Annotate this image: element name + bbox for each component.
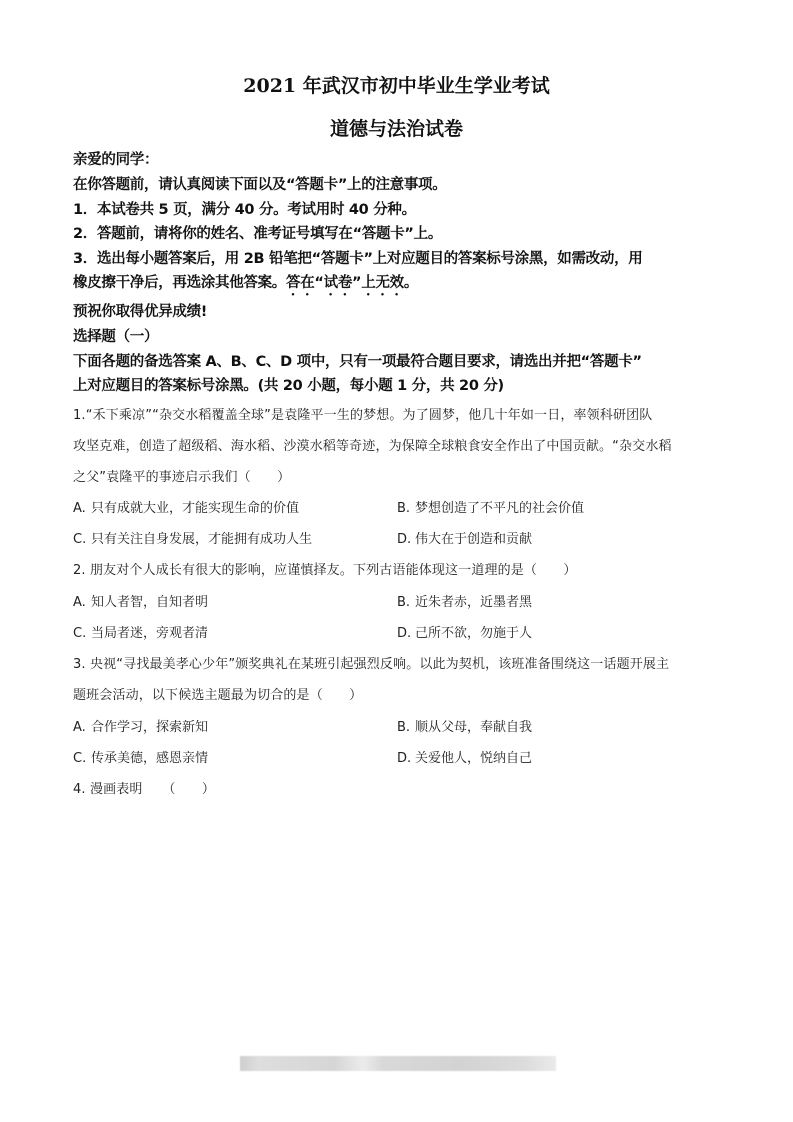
section-description-line-2: 上对应题目的答案标号涂黑。(共 20 小题，每小题 1 分，共 20 分) bbox=[73, 374, 504, 395]
option-letter: B. bbox=[397, 720, 415, 735]
instruction-item-3-line-2: 橡皮擦干净后，再选涂其他答案。答在“试卷”上无效。 bbox=[73, 271, 418, 299]
instructions-intro: 在你答题前，请认真阅读下面以及“答题卡”上的注意事项。 bbox=[73, 173, 446, 194]
option-d: D.伟大在于创造和贡献 bbox=[397, 528, 532, 547]
option-letter: B. bbox=[397, 501, 415, 516]
option-letter: C. bbox=[73, 532, 91, 547]
blurred-footer-watermark bbox=[240, 1056, 556, 1071]
option-a: A.只有成就大业，才能实现生命的价值 bbox=[73, 497, 299, 516]
option-text: 传承美德，感恩亲情 bbox=[91, 751, 208, 766]
option-text: 当局者迷，旁观者清 bbox=[91, 626, 208, 641]
instruction-item-1: 1．本试卷共 5 页，满分 40 分。考试用时 40 分种。 bbox=[73, 198, 416, 219]
exam-title: 2021 年武汉市初中毕业生学业考试 bbox=[0, 71, 793, 98]
question-text-line: 4. 漫画表明 （ ） bbox=[73, 778, 215, 797]
option-a: A.知人者智，自知者明 bbox=[73, 591, 208, 610]
option-letter: A. bbox=[73, 720, 91, 735]
question-text-line: 题班会活动，以下候选主题最为切合的是（ ） bbox=[73, 684, 362, 703]
option-text: 只有成就大业，才能实现生命的价值 bbox=[91, 501, 299, 516]
wish-text: 预祝你取得优异成绩! bbox=[73, 300, 207, 321]
option-letter: A. bbox=[73, 595, 91, 610]
question-text-line: 之父”袁隆平的事迹启示我们（ ） bbox=[73, 466, 290, 485]
question-text-line: 3. 央视“寻找最美孝心少年”颁奖典礼在某班引起强烈反响。以此为契机，该班准备围… bbox=[73, 653, 669, 672]
exam-subtitle: 道德与法治试卷 bbox=[0, 114, 793, 141]
option-d: D.己所不欲，勿施于人 bbox=[397, 622, 532, 641]
instruction-item-2: 2．答题前，请将你的姓名、准考证号填写在“答题卡”上。 bbox=[73, 222, 442, 243]
option-letter: C. bbox=[73, 751, 91, 766]
option-text: 合作学习，探索新知 bbox=[91, 720, 208, 735]
option-text: 己所不欲，勿施于人 bbox=[415, 626, 532, 641]
option-text: 关爱他人，悦纳自己 bbox=[415, 751, 532, 766]
question-text-line: 攻坚克难，创造了超级稻、海水稻、沙漠水稻等奇迹，为保障全球粮食安全作出了中国贡献… bbox=[73, 435, 672, 454]
instruction-item-3-emphasis: 答在“试卷”上无效。 bbox=[286, 275, 418, 291]
question-text-line: 1.“禾下乘凉”“杂交水稻覆盖全球”是袁隆平一生的梦想。为了圆梦，他几十年如一日… bbox=[73, 404, 652, 423]
option-c: C.只有关注自身发展，才能拥有成功人生 bbox=[73, 528, 312, 547]
option-text: 近朱者赤，近墨者黑 bbox=[415, 595, 532, 610]
option-letter: D. bbox=[397, 626, 415, 641]
option-a: A.合作学习，探索新知 bbox=[73, 716, 208, 735]
question-text-line: 2. 朋友对个人成长有很大的影响，应谨慎择友。下列古语能体现这一道理的是（ ） bbox=[73, 559, 577, 578]
section-title: 选择题（一） bbox=[73, 325, 158, 346]
option-text: 伟大在于创造和贡献 bbox=[415, 532, 532, 547]
exam-page: 2021 年武汉市初中毕业生学业考试 道德与法治试卷 亲爱的同学： 在你答题前，… bbox=[0, 0, 793, 1122]
option-text: 梦想创造了不平凡的社会价值 bbox=[415, 501, 584, 516]
option-letter: D. bbox=[397, 532, 415, 547]
option-c: C.传承美德，感恩亲情 bbox=[73, 747, 208, 766]
option-b: B.梦想创造了不平凡的社会价值 bbox=[397, 497, 584, 516]
greeting: 亲爱的同学： bbox=[73, 148, 158, 169]
instruction-item-3-line-1: 3．选出每小题答案后，用 2B 铅笔把“答题卡”上对应题目的答案标号涂黑，如需改… bbox=[73, 247, 642, 268]
option-b: B.顺从父母，奉献自我 bbox=[397, 716, 532, 735]
instruction-item-3-plain: 橡皮擦干净后，再选涂其他答案。 bbox=[73, 275, 286, 291]
option-letter: C. bbox=[73, 626, 91, 641]
option-letter: B. bbox=[397, 595, 415, 610]
option-b: B.近朱者赤，近墨者黑 bbox=[397, 591, 532, 610]
section-description-line-1: 下面各题的备选答案 A、B、C、D 项中，只有一项最符合题目要求，请选出并把“答… bbox=[73, 350, 642, 371]
option-text: 知人者智，自知者明 bbox=[91, 595, 208, 610]
option-d: D.关爱他人，悦纳自己 bbox=[397, 747, 532, 766]
option-c: C.当局者迷，旁观者清 bbox=[73, 622, 208, 641]
option-letter: D. bbox=[397, 751, 415, 766]
option-letter: A. bbox=[73, 501, 91, 516]
option-text: 只有关注自身发展，才能拥有成功人生 bbox=[91, 532, 312, 547]
option-text: 顺从父母，奉献自我 bbox=[415, 720, 532, 735]
